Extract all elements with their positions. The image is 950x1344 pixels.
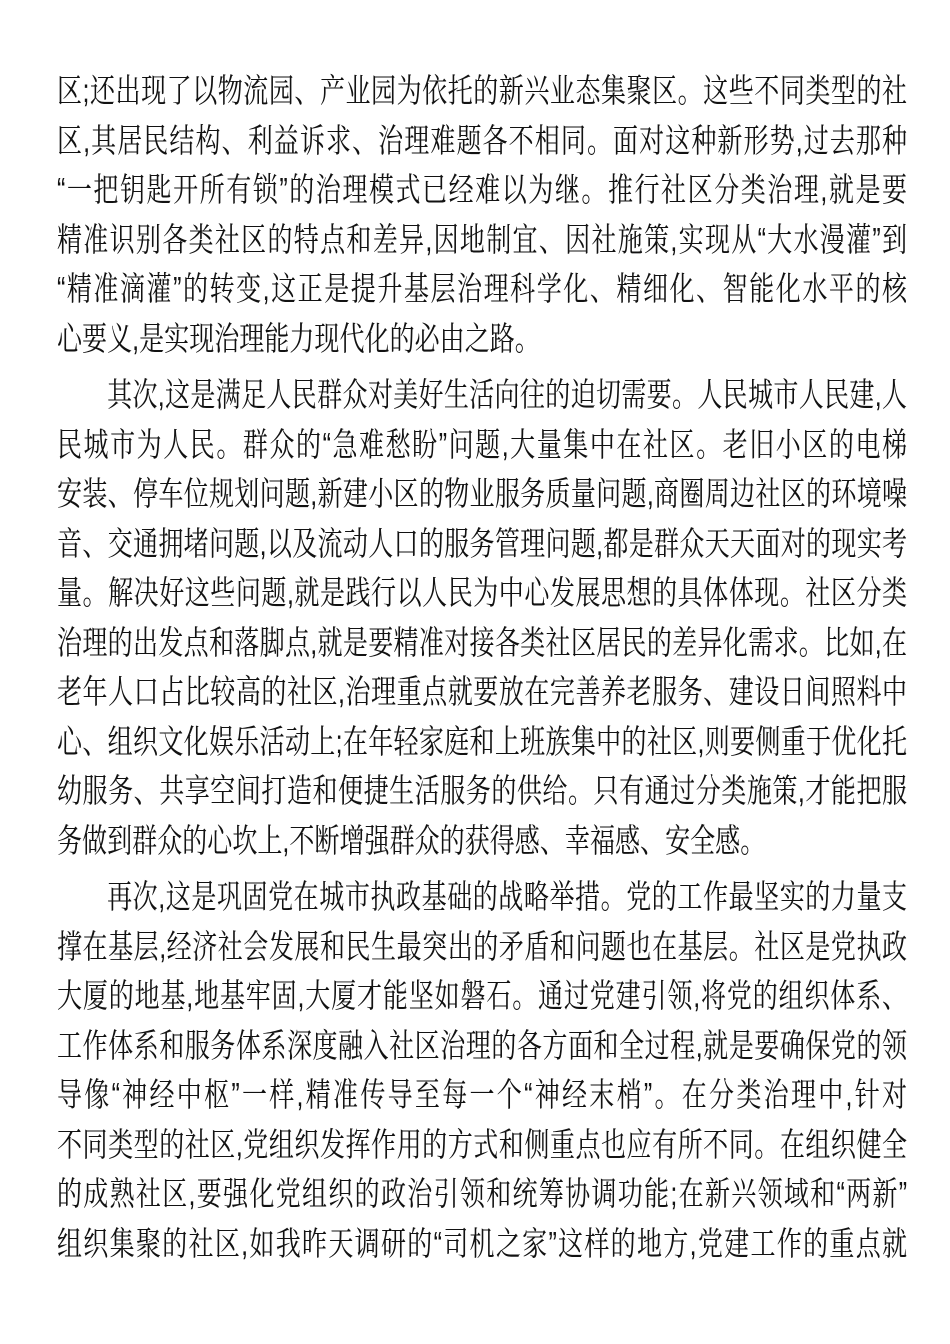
paragraph: 其次,这是满足人民群众对美好生活向往的迫切需要。人民城市人民建,人民城市为人民。…: [57, 370, 907, 865]
text-line: 老年人口占比较高的社区,治理重点就要放在完善养老服务、建设日间照料中: [57, 667, 907, 717]
text-line: 再次,这是巩固党在城市执政基础的战略举措。党的工作最坚实的力量支: [57, 872, 907, 922]
text-line: 工作体系和服务体系深度融入社区治理的各方面和全过程,就是要确保党的领: [57, 1021, 907, 1071]
text-line: “精准滴灌”的转变,这正是提升基层治理科学化、精细化、智能化水平的核: [57, 264, 907, 314]
document-page: 区;还出现了以物流园、产业园为依托的新兴业态集聚区。这些不同类型的社区,其居民结…: [0, 0, 950, 1344]
document-body: 区;还出现了以物流园、产业园为依托的新兴业态集聚区。这些不同类型的社区,其居民结…: [57, 66, 907, 1268]
text-line: 精准识别各类社区的特点和差异,因地制宜、因社施策,实现从“大水漫灌”到: [57, 215, 907, 265]
document-content: 区;还出现了以物流园、产业园为依托的新兴业态集聚区。这些不同类型的社区,其居民结…: [57, 66, 907, 1268]
text-line: 量。解决好这些问题,就是践行以人民为中心发展思想的具体体现。社区分类: [57, 568, 907, 618]
text-line: 音、交通拥堵问题,以及流动人口的服务管理问题,都是群众天天面对的现实考: [57, 519, 907, 569]
text-line: 民城市为人民。群众的“急难愁盼”问题,大量集中在社区。老旧小区的电梯: [57, 420, 907, 470]
text-line: 撑在基层,经济社会发展和民生最突出的矛盾和问题也在基层。社区是党执政: [57, 922, 907, 972]
text-line: 幼服务、共享空间打造和便捷生活服务的供给。只有通过分类施策,才能把服: [57, 766, 907, 816]
text-line: 的成熟社区,要强化党组织的政治引领和统筹协调功能;在新兴领域和“两新”: [57, 1169, 907, 1219]
text-line: 不同类型的社区,党组织发挥作用的方式和侧重点也应有所不同。在组织健全: [57, 1120, 907, 1170]
text-line: 大厦的地基,地基牢固,大厦才能坚如磐石。通过党建引领,将党的组织体系、: [57, 971, 907, 1021]
text-line: 心、组织文化娱乐活动上;在年轻家庭和上班族集中的社区,则要侧重于优化托: [57, 717, 907, 767]
paragraph: 再次,这是巩固党在城市执政基础的战略举措。党的工作最坚实的力量支撑在基层,经济社…: [57, 872, 907, 1268]
text-line: 务做到群众的心坎上,不断增强群众的获得感、幸福感、安全感。: [57, 816, 907, 866]
paragraph: 区;还出现了以物流园、产业园为依托的新兴业态集聚区。这些不同类型的社区,其居民结…: [57, 66, 907, 363]
text-line: 区,其居民结构、利益诉求、治理难题各不相同。面对这种新形势,过去那种: [57, 116, 907, 166]
text-line: 其次,这是满足人民群众对美好生活向往的迫切需要。人民城市人民建,人: [57, 370, 907, 420]
text-line: 安装、停车位规划问题,新建小区的物业服务质量问题,商圈周边社区的环境噪: [57, 469, 907, 519]
text-line: 治理的出发点和落脚点,就是要精准对接各类社区居民的差异化需求。比如,在: [57, 618, 907, 668]
text-line: 心要义,是实现治理能力现代化的必由之路。: [57, 314, 907, 364]
text-line: 导像“神经中枢”一样,精准传导至每一个“神经末梢”。在分类治理中,针对: [57, 1070, 907, 1120]
text-line: 区;还出现了以物流园、产业园为依托的新兴业态集聚区。这些不同类型的社: [57, 66, 907, 116]
text-line: 组织集聚的社区,如我昨天调研的“司机之家”这样的地方,党建工作的重点就: [57, 1219, 907, 1269]
text-line: “一把钥匙开所有锁”的治理模式已经难以为继。推行社区分类治理,就是要: [57, 165, 907, 215]
